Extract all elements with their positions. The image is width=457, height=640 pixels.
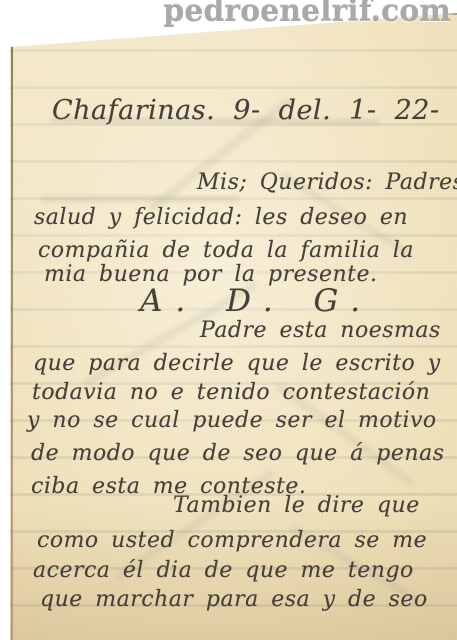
letter-line: y no se cual puede ser el motivo bbox=[27, 409, 437, 433]
letter-line: Padre esta noesmas bbox=[200, 319, 441, 343]
site-watermark: pedroenelrif.com bbox=[163, 0, 451, 28]
letter-line: Tambien le dire que bbox=[173, 494, 420, 518]
letter-line: como usted comprendera se me bbox=[37, 529, 427, 553]
letter-adg-initials: A. D. G. bbox=[140, 284, 373, 318]
letter-line: que marchar para esa y de seo bbox=[40, 588, 428, 612]
letter-line: de modo que de seo que á penas re bbox=[31, 442, 457, 466]
letter-line: todavia no e tenido contestación bbox=[32, 381, 430, 405]
letter-line: que para decirle que le escrito y bbox=[33, 352, 441, 376]
letter-dateline: Chafarinas. 9- del. 1- 22- bbox=[52, 96, 440, 126]
handwriting-layer: Chafarinas. 9- del. 1- 22- Mis; Queridos… bbox=[0, 0, 457, 640]
letter-line: acerca él dia de que me tengo bbox=[33, 559, 414, 583]
letter-line: compañia de toda la familia la bbox=[38, 239, 414, 263]
letter-salutation: Mis; Queridos: Padres bbox=[197, 171, 457, 195]
letter-line: salud y felicidad: les deseo en bbox=[34, 206, 408, 230]
scanned-letter-page: pedroenelrif.com Chafarinas. 9- del. 1- … bbox=[0, 0, 457, 640]
